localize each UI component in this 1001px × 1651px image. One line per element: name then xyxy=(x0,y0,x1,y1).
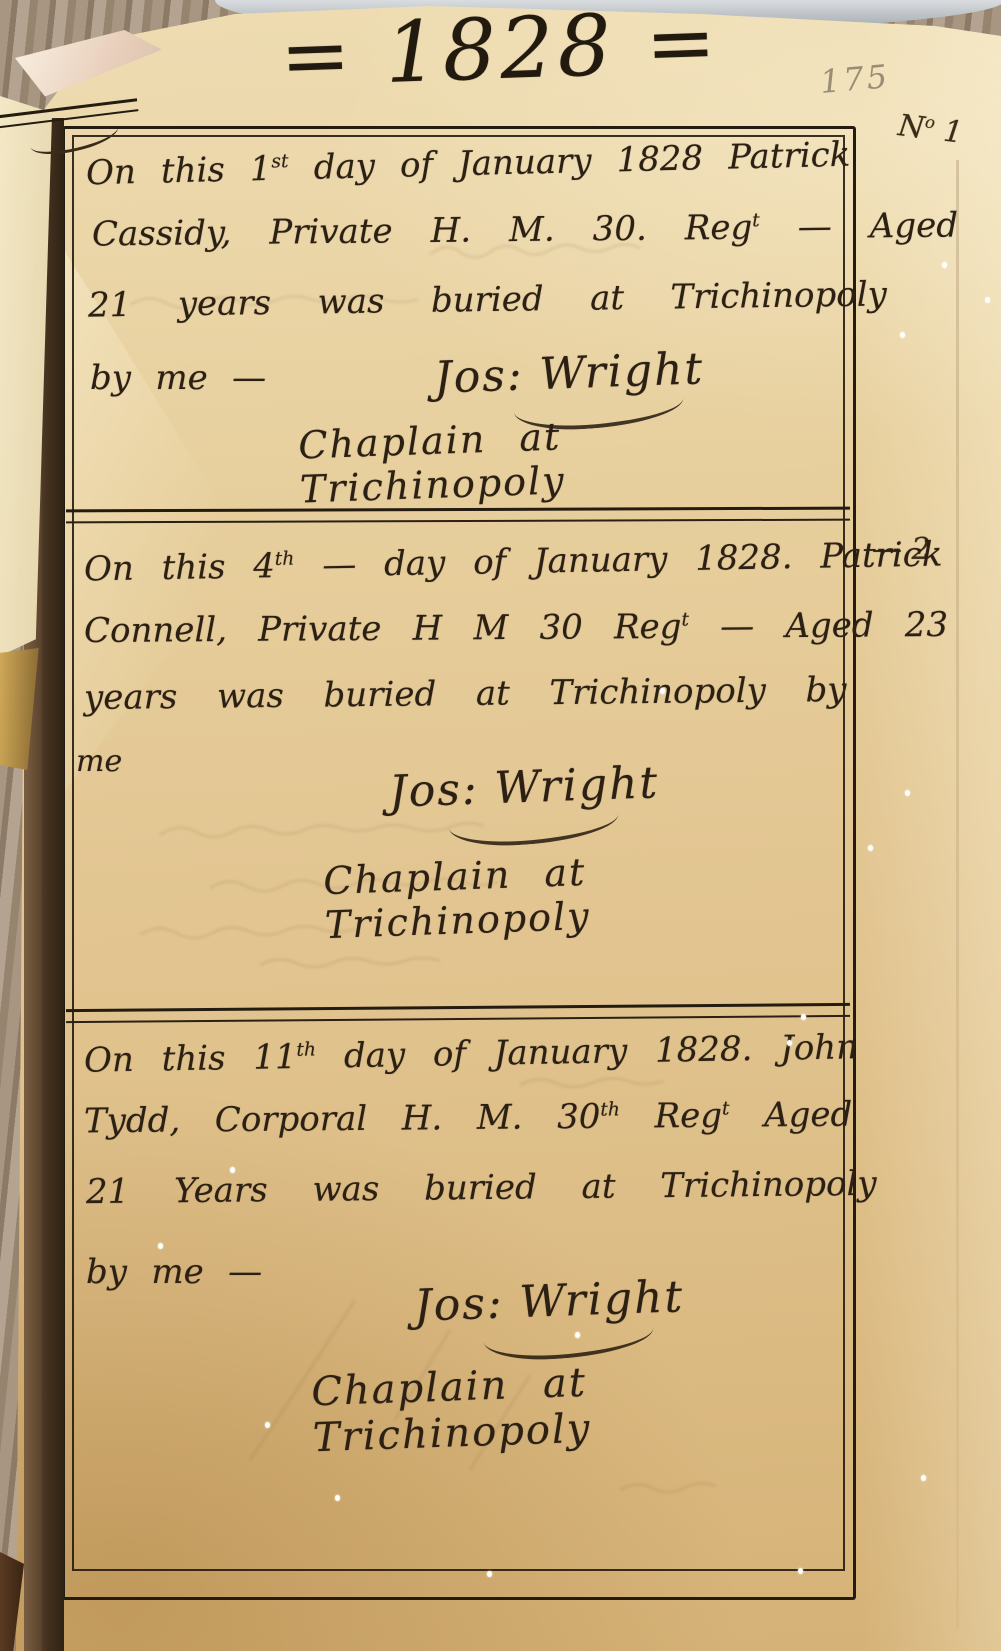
chaplain-title: Chaplain at Trichinopoly xyxy=(323,841,848,947)
entry-text-line: years was buried at Trichinopoly by xyxy=(84,670,847,718)
burial-register-photo: = 1828 = 175 No 1 — 2 On this 1st day of… xyxy=(0,0,1001,1651)
entry-text-line: 21 Years was buried at Trichinopoly xyxy=(86,1164,877,1212)
page-crease xyxy=(956,160,959,1630)
entry-text-line: by me — xyxy=(90,358,266,398)
page-shading xyxy=(861,0,1001,1651)
entry-text-line: me xyxy=(76,744,122,779)
year-heading: = 1828 = xyxy=(233,0,766,107)
entry-text-line: Cassidy, Private H. M. 30. Regt — Aged xyxy=(92,205,958,254)
chaplain-title: Chaplain at Trichinopoly xyxy=(311,1351,848,1462)
entry-text-line: by me — xyxy=(86,1252,262,1292)
burial-entry-1: On this 1st day of January 1828 Patrick … xyxy=(84,142,846,504)
chaplain-title: Chaplain at Trichinopoly xyxy=(298,404,848,511)
entry-text-line: On this 1st day of January 1828 Patrick xyxy=(86,135,851,194)
entry-text-line: On this 4th — day of January 1828. Patri… xyxy=(84,535,943,590)
burial-entry-2: On this 4th — day of January 1828. Patri… xyxy=(84,532,846,1004)
entry-text-line: Connell, Private H M 30 Regt — Aged 23 xyxy=(84,605,948,651)
row-divider-1 xyxy=(66,507,850,524)
entry-text-line: 21 years was buried at Trichinopoly xyxy=(88,274,887,325)
chaplain-signature: Jos: Wright xyxy=(388,757,660,817)
entry-text-line: Tydd, Corporal H. M. 30th Regt Aged xyxy=(84,1095,853,1142)
pencil-folio-number: 175 xyxy=(818,57,891,101)
burial-entry-3: On this 11th day of January 1828. John T… xyxy=(84,1028,846,1556)
entry-text-line: On this 11th day of January 1828. John xyxy=(84,1027,859,1081)
